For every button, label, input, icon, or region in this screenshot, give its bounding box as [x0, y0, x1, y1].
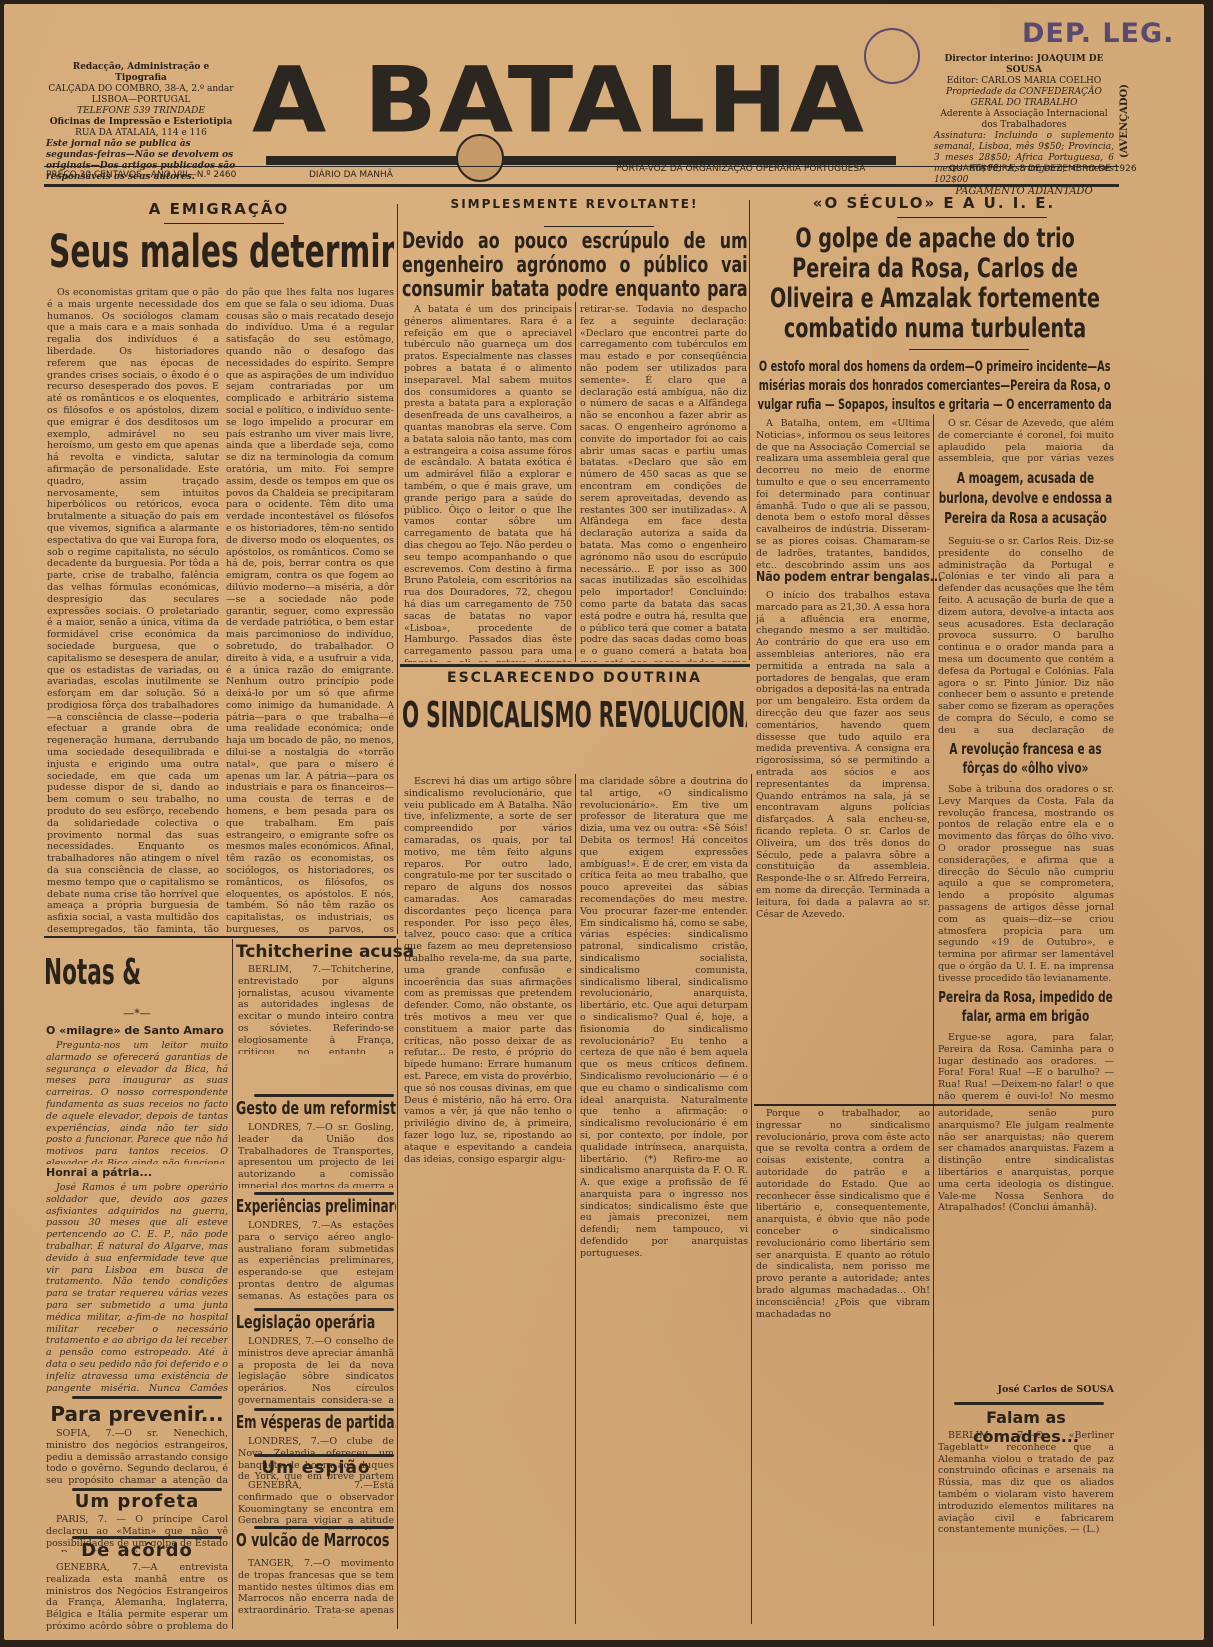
motto: PORTA-VOZ DA ORGANIZAÇÃO OPERÁRIA PORTUG…	[616, 164, 865, 174]
ornament-rule	[72, 1536, 222, 1539]
seculo-body-col1: A Batalha, ontem, em «Ultima Noticias», …	[756, 418, 930, 568]
emigracao-headline: Seus males determinantes	[44, 226, 394, 276]
column-rule	[933, 414, 934, 1104]
short-headline-vulcao: O vulcão de Marrocos	[236, 1530, 396, 1554]
ornament-rule	[254, 1526, 394, 1529]
imprint-box: Redacção, Administração e Tipografia CAL…	[46, 62, 236, 183]
short-headline-legislacao: Legislação operária	[236, 1312, 396, 1336]
ornament-rule	[254, 1094, 394, 1097]
seculo-body-col2b: Seguiu-se o sr. Carlos Reis. Diz-se pres…	[938, 536, 1114, 736]
short-headline-experiencias: Experiências preliminares	[236, 1196, 396, 1220]
short-headline-acordo: De acôrdo	[44, 1540, 230, 1561]
column-rule	[933, 1106, 934, 1626]
avencado-label: (AVENÇADO)	[1119, 84, 1130, 158]
short-headline-tchitcherine: Tchitcherine acusa	[236, 942, 396, 962]
seculo-body-col2c: Sobe à tribuna dos oradores o sr. Levy M…	[938, 784, 1114, 984]
imprint-line: Redacção, Administração e Tipografia	[46, 62, 236, 84]
notas-body-patria: José Ramos é um pobre operário soldador …	[46, 1182, 228, 1394]
sindicalismo-body-col4: autoridade, senão puro anarquismo? Ele j…	[938, 1108, 1114, 1380]
notas-body-milagre: Pregunta-nos um leitor muito alarmado se…	[46, 1040, 228, 1164]
imprint-line: RUA DA ATALAIA, 114 e 116	[46, 128, 236, 139]
short-headline-prevenir: Para prevenir...	[44, 1402, 230, 1426]
short-body-prevenir: SOFIA, 7.—O sr. Nenechich, ministro dos …	[46, 1428, 228, 1488]
divider	[44, 936, 396, 938]
batata-kicker: SIMPLESMENTE REVOLTANTE!	[402, 197, 747, 211]
batata-body-col1: A batata é um dos principais géneros ali…	[404, 304, 572, 662]
emigracao-body-col2: do pão que lhes falta nos lugares em que…	[226, 287, 394, 935]
sindicalismo-body-col3: Porque o trabalhador, ao ingressar no si…	[756, 1108, 930, 1628]
aderente-line: Aderente à Associação Internacional	[934, 109, 1114, 120]
imprint-line: Oficinas de Impressão e Esteriotipia	[46, 117, 236, 128]
short-body-acordo: GENEBRA, 7.—A entrevista realizada esta …	[46, 1562, 228, 1634]
column-rule	[232, 939, 233, 1629]
seculo-subhead-pereira: Pereira da Rosa, impedido de falar, arma…	[938, 988, 1114, 1030]
ornament-rule	[254, 1308, 394, 1311]
ornament-rule	[254, 1454, 394, 1457]
batata-headline: Devido ao pouco escrúpulo de um engenhei…	[402, 230, 747, 302]
kicker-underline	[544, 226, 654, 227]
short-headline-reformista: Gesto de um reformista...	[236, 1098, 396, 1122]
divider	[909, 349, 1029, 350]
notas-ornament: —*—	[44, 1007, 230, 1020]
column-rule	[749, 200, 750, 660]
column-rule	[397, 204, 398, 934]
notas-subhead-patria: Honrai a pátria...	[46, 1166, 232, 1179]
masthead-title: A BATALHA	[252, 53, 866, 148]
daily-label: DIÁRIO DA MANHÃ	[309, 170, 393, 180]
short-headline-profeta: Um profeta	[44, 1491, 230, 1512]
ornament-rule	[72, 1396, 222, 1399]
short-body-tchitcherine: BERLIM, 7.—Tchitcherine, entrevistado po…	[238, 964, 394, 1054]
column-rule	[397, 939, 398, 1629]
notas-headline: Notas & Comentários	[44, 944, 230, 1004]
column-rule	[575, 774, 576, 1624]
notas-subhead-milagre: O «milagre» de Santo Amaro	[46, 1024, 232, 1037]
short-body-legislacao: LONDRES, 7.—O conselho de ministros deve…	[238, 1336, 394, 1406]
sindicalismo-kicker: ESCLARECENDO DOUTRINA	[402, 670, 747, 686]
short-headline-espiao: Um espião	[236, 1458, 396, 1478]
director-line: Director interino: JOAQUIM DE SOUSA	[934, 54, 1114, 76]
divider	[400, 664, 750, 667]
short-body-vulcao: TANGER, 7.—O movimento de tropas frances…	[238, 1558, 394, 1618]
imprint-line: CALÇADA DO COMBRO, 38-A, 2.º andar	[46, 84, 236, 95]
short-body-reformista: LONDRES, 7.—O sr. Gosling, leader da Uni…	[238, 1122, 394, 1188]
emigracao-body-col1: Os economistas gritam que o pão é a mais…	[47, 287, 219, 935]
comadres-body: BERLIM, 7.—O «Berliner Tageblatt» reconh…	[938, 1430, 1114, 1610]
short-headline-vesperas: Em vésperas de partida...	[236, 1412, 396, 1436]
newspaper-page: DEP. LEG. Redacção, Administração e Tipo…	[4, 4, 1204, 1640]
short-body-espiao: GENEBRA, 7.—Está confirmado que o observ…	[238, 1480, 394, 1530]
seculo-subhead-revolucao: A revolução francesa e as fôrças do «ôlh…	[938, 740, 1114, 782]
divider	[44, 184, 1119, 187]
sindicalismo-body-col1: Escrevi há dias um artigo sôbre sindical…	[404, 776, 572, 1626]
property-line: GERAL DO TRABALHO	[934, 98, 1114, 109]
seculo-kicker: «O SÉCULO» E A U. I. E.	[754, 194, 1114, 212]
sindicalismo-body-col2: ma claridade sôbre a doutrina do tal art…	[580, 776, 748, 1626]
issue-date: QUARTA FEIRA, 8 DE DEZEMBRO DE 1926	[949, 164, 1137, 174]
imprint-line: TELEFONE 539 TRINDADE	[46, 106, 236, 117]
price-line: PREÇO 30 CENTAVOS—ANO VIII—N.º 2460	[46, 170, 236, 180]
article-signature: José Carlos de SOUSA	[938, 1384, 1114, 1395]
library-seal-icon	[864, 28, 920, 84]
masthead-emblem-icon	[456, 134, 504, 182]
kicker-underline	[164, 223, 284, 224]
short-body-experiencias: LONDRES, 7.—As estações para o serviço a…	[238, 1220, 394, 1304]
editor-line: Editor: CARLOS MARIA COELHO	[934, 76, 1114, 87]
seculo-deck: O estofo moral dos homens da ordem—O pri…	[754, 358, 1116, 416]
subscription-info: Assinatura: Incluindo o suplemento seman…	[934, 131, 1114, 186]
seculo-subhead-moagem: A moagem, acusada de burlona, devolve e …	[938, 468, 1114, 534]
aderente-line: dos Trabalhadores	[934, 120, 1114, 131]
sindicalismo-headline: O SINDICALISMO REVOLUCIONÁRIO	[402, 694, 747, 766]
legal-deposit-stamp: DEP. LEG.	[1022, 18, 1174, 49]
seculo-body-col1b: O início dos trabalhos estava marcado pa…	[756, 590, 930, 1102]
batata-body-col2: retirar-se. Todavia no despacho fez a se…	[580, 304, 747, 662]
seculo-body-col2: O sr. César de Azevedo, que além de come…	[938, 418, 1114, 466]
divider	[754, 1104, 1116, 1106]
column-rule	[575, 302, 576, 662]
property-line: Propriedade da CONFEDERAÇÃO	[934, 87, 1114, 98]
seculo-body-col2d: Ergue-se agora, para falar, Pereira da R…	[938, 1032, 1114, 1102]
direction-box: Director interino: JOAQUIM DE SOUSA Edit…	[934, 54, 1114, 197]
ornament-rule	[954, 1402, 1104, 1405]
ornament-rule	[254, 1408, 394, 1411]
seculo-headline: O golpe de apache do trio Pereira da Ros…	[754, 224, 1116, 342]
emigracao-kicker: A EMIGRAÇÃO	[44, 200, 394, 218]
seculo-subhead-bengalas: Não podem entrar bengalas...	[756, 570, 904, 585]
ornament-rule	[254, 1192, 394, 1195]
imprint-line: LISBOA—PORTUGAL	[46, 95, 236, 106]
column-rule	[751, 774, 752, 1624]
kicker-underline	[897, 217, 1047, 218]
